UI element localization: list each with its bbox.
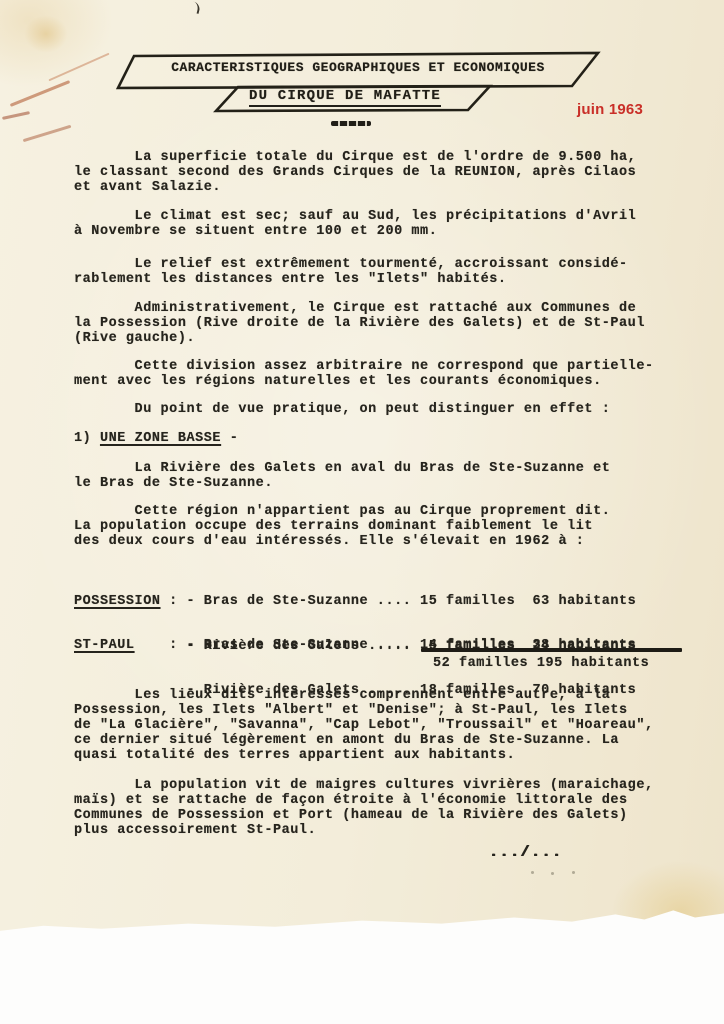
section-suffix: - xyxy=(221,431,238,446)
paragraph-administration: Administrativement, le Cirque est rattac… xyxy=(74,301,645,346)
date-stamp: juin 1963 xyxy=(577,101,643,118)
table-total: 52 familles 195 habitants xyxy=(433,656,649,671)
paragraph-climat: Le climat est sec; sauf au Sud, les préc… xyxy=(74,209,636,239)
paragraph-population-vit: La population vit de maigres cultures vi… xyxy=(74,778,654,838)
document-title-line1: CARACTERISTIQUES GEOGRAPHIQUES ET ECONOM… xyxy=(128,60,588,75)
continuation-mark: .../... xyxy=(489,845,563,860)
paragraph-relief: Le relief est extrêmement tourmenté, acc… xyxy=(74,257,628,287)
paragraph-division: Cette division assez arbitraire ne corre… xyxy=(74,359,654,389)
document-title-line2: DU CIRQUE DE MAFATTE xyxy=(220,89,470,104)
commune-name: POSSESSION xyxy=(74,594,161,609)
section-heading: 1) UNE ZONE BASSE - xyxy=(74,431,238,446)
document-title-line2-text: DU CIRQUE DE MAFATTE xyxy=(249,88,441,107)
table-total-rule xyxy=(421,648,682,652)
paragraph-superficie: La superficie totale du Cirque est de l'… xyxy=(74,150,636,195)
scan-speck xyxy=(531,871,534,874)
table-row-values: : - Bras de Ste-Suzanne .... 15 familles… xyxy=(161,594,637,609)
table-row: POSSESSION : - Bras de Ste-Suzanne .... … xyxy=(74,594,636,609)
paragraph-lieux-dits: Les lieux dits intéressés comprennent en… xyxy=(74,688,654,763)
section-number: 1) xyxy=(74,431,100,446)
scan-speck xyxy=(572,871,575,874)
section-title: UNE ZONE BASSE xyxy=(100,431,221,446)
paragraph-point-de-vue: Du point de vue pratique, on peut distin… xyxy=(74,402,610,417)
title-dash-mark xyxy=(331,121,371,126)
scan-speck xyxy=(551,872,554,875)
paragraph-region: Cette région n'appartient pas au Cirque … xyxy=(74,504,610,549)
paragraph-riviere-galets: La Rivière des Galets en aval du Bras de… xyxy=(74,461,610,491)
commune-name: ST-PAUL xyxy=(74,638,135,653)
paper-sheet: CARACTERISTIQUES GEOGRAPHIQUES ET ECONOM… xyxy=(0,0,724,1024)
